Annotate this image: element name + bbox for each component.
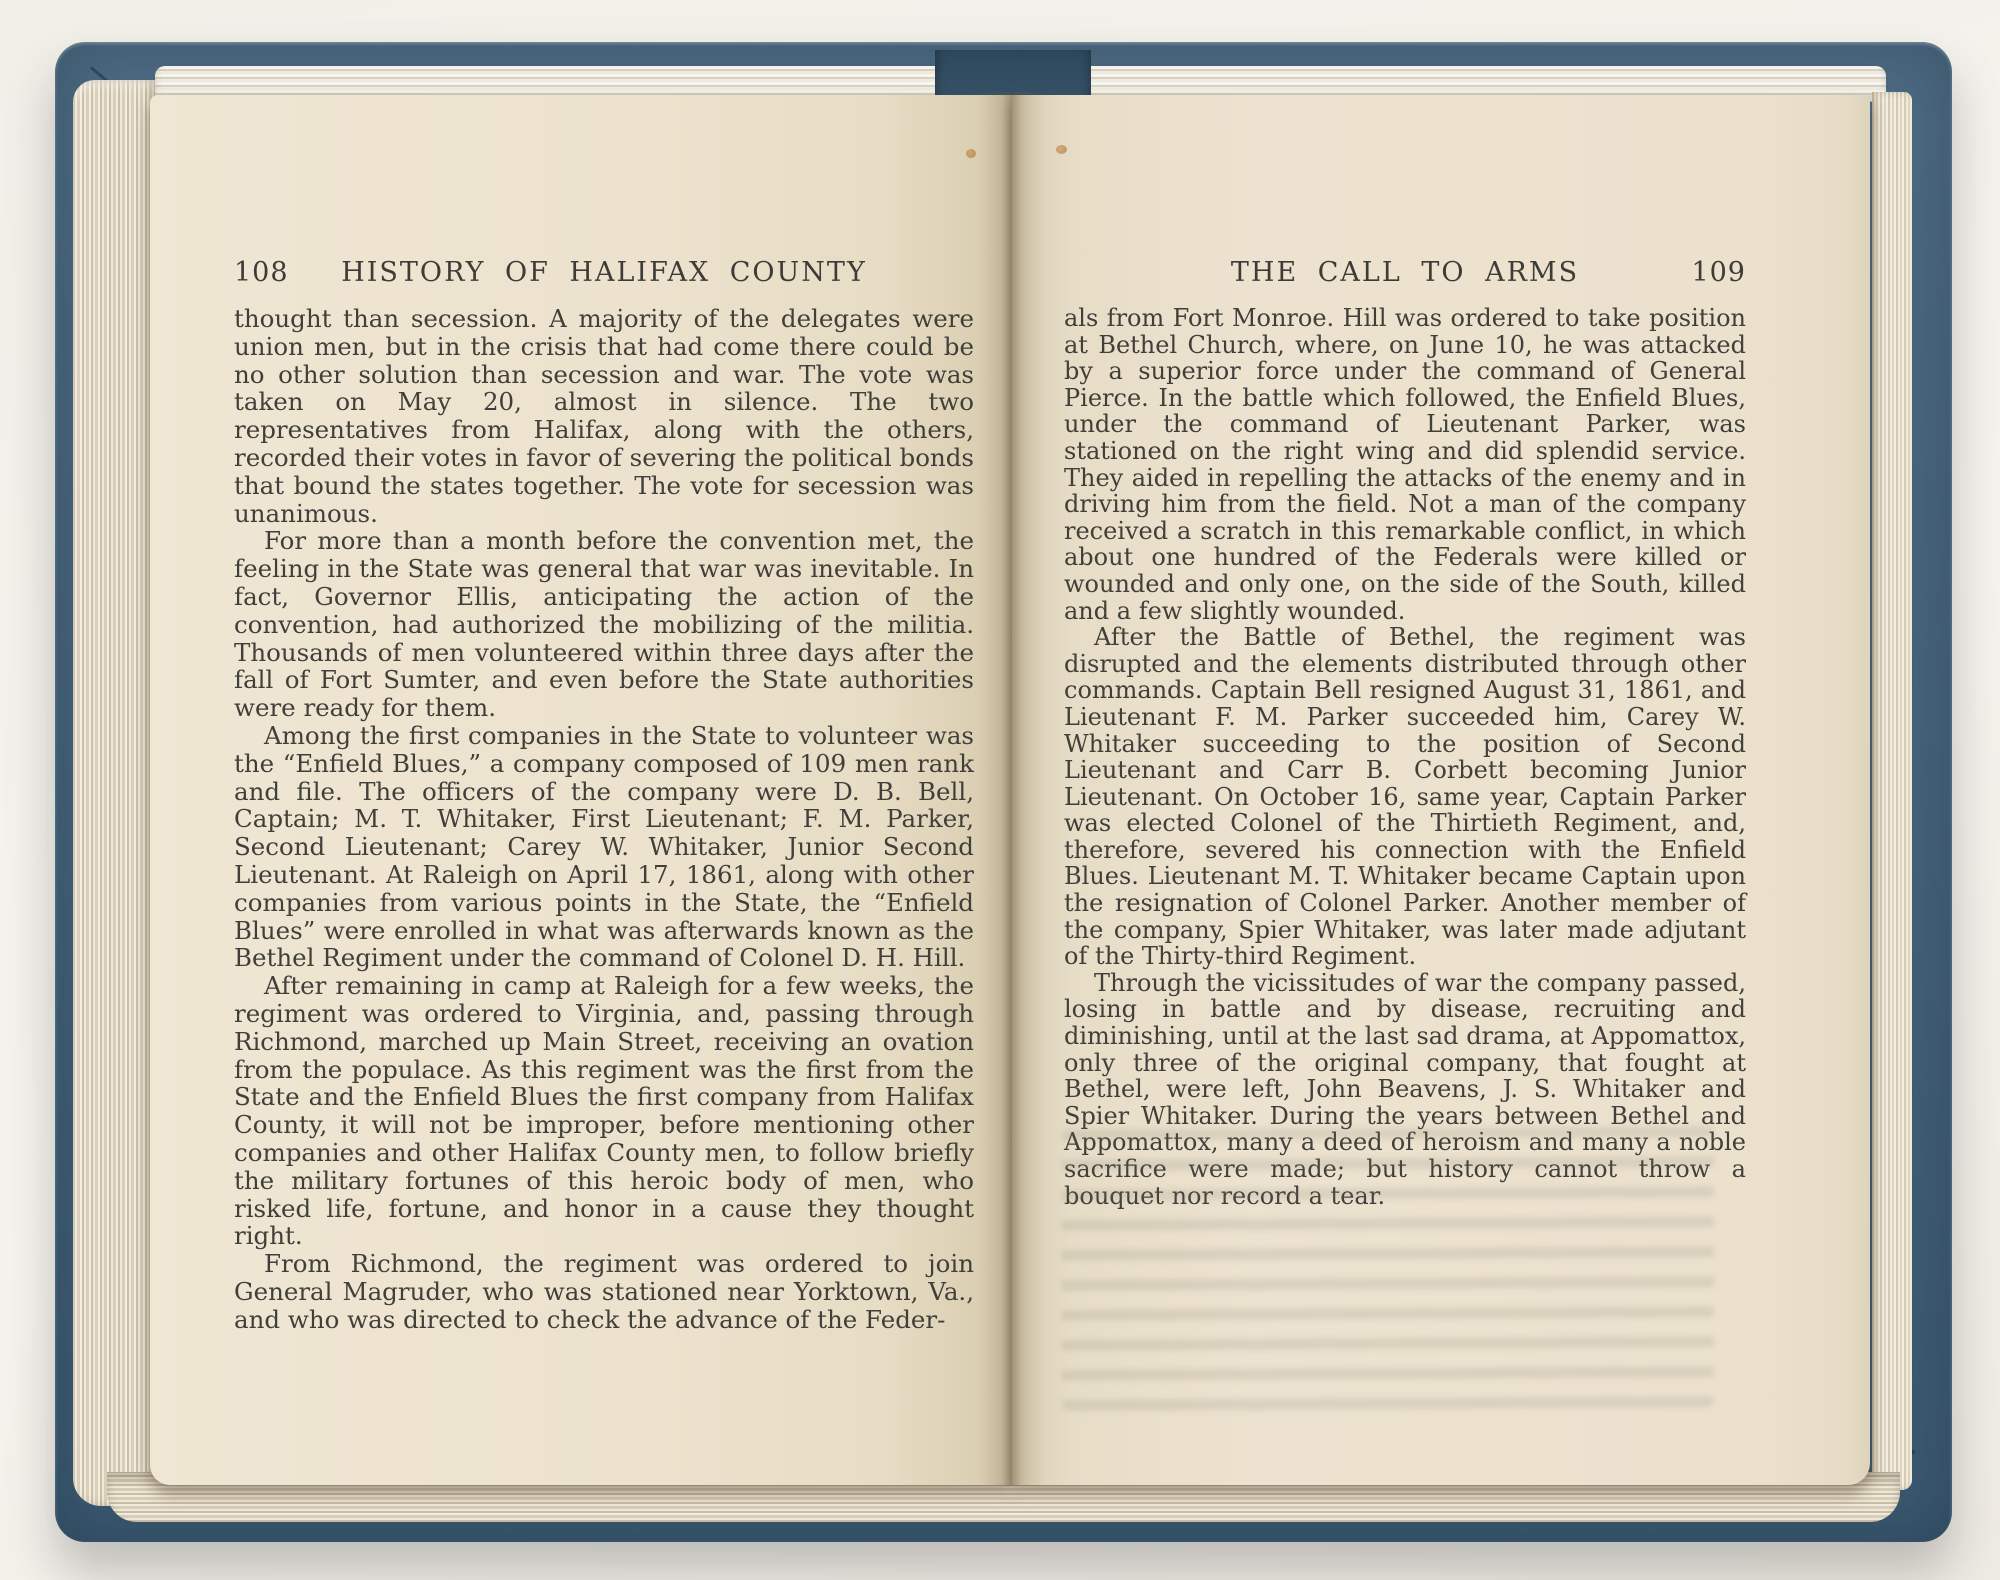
- running-title-right: THE CALL TO ARMS: [1064, 257, 1746, 288]
- page-stack-right: [1872, 92, 1912, 1490]
- paragraph: After remaining in camp at Raleigh for a…: [234, 972, 974, 1250]
- right-page: THE CALL TO ARMS 109 als from Fort Monro…: [1012, 95, 1870, 1485]
- left-page: 108 HISTORY OF HALIFAX COUNTY thought th…: [150, 95, 1012, 1485]
- right-page-header: THE CALL TO ARMS 109: [1064, 257, 1746, 295]
- paragraph: For more than a month before the convent…: [234, 527, 974, 722]
- paragraph: After the Battle of Bethel, the regiment…: [1064, 624, 1746, 970]
- paragraph: thought than secession. A majority of th…: [234, 305, 974, 527]
- page-stack-left: [73, 80, 155, 1506]
- left-page-body: thought than secession. A majority of th…: [234, 305, 974, 1333]
- running-title-left: HISTORY OF HALIFAX COUNTY: [234, 257, 974, 288]
- right-page-body: als from Fort Monroe. Hill was ordered t…: [1064, 305, 1746, 1209]
- foxing-spot: [1056, 145, 1067, 154]
- page-number-left: 108: [234, 257, 289, 288]
- page-number-right: 109: [1691, 257, 1746, 288]
- open-book: 108 HISTORY OF HALIFAX COUNTY thought th…: [55, 42, 1952, 1542]
- paragraph: Among the first companies in the State t…: [234, 722, 974, 972]
- paragraph: From Richmond, the regiment was ordered …: [234, 1250, 974, 1333]
- left-page-header: 108 HISTORY OF HALIFAX COUNTY: [234, 257, 974, 295]
- paragraph: Through the vicissitudes of war the comp…: [1064, 970, 1746, 1209]
- foxing-spot: [966, 149, 976, 158]
- paragraph: als from Fort Monroe. Hill was ordered t…: [1064, 305, 1746, 624]
